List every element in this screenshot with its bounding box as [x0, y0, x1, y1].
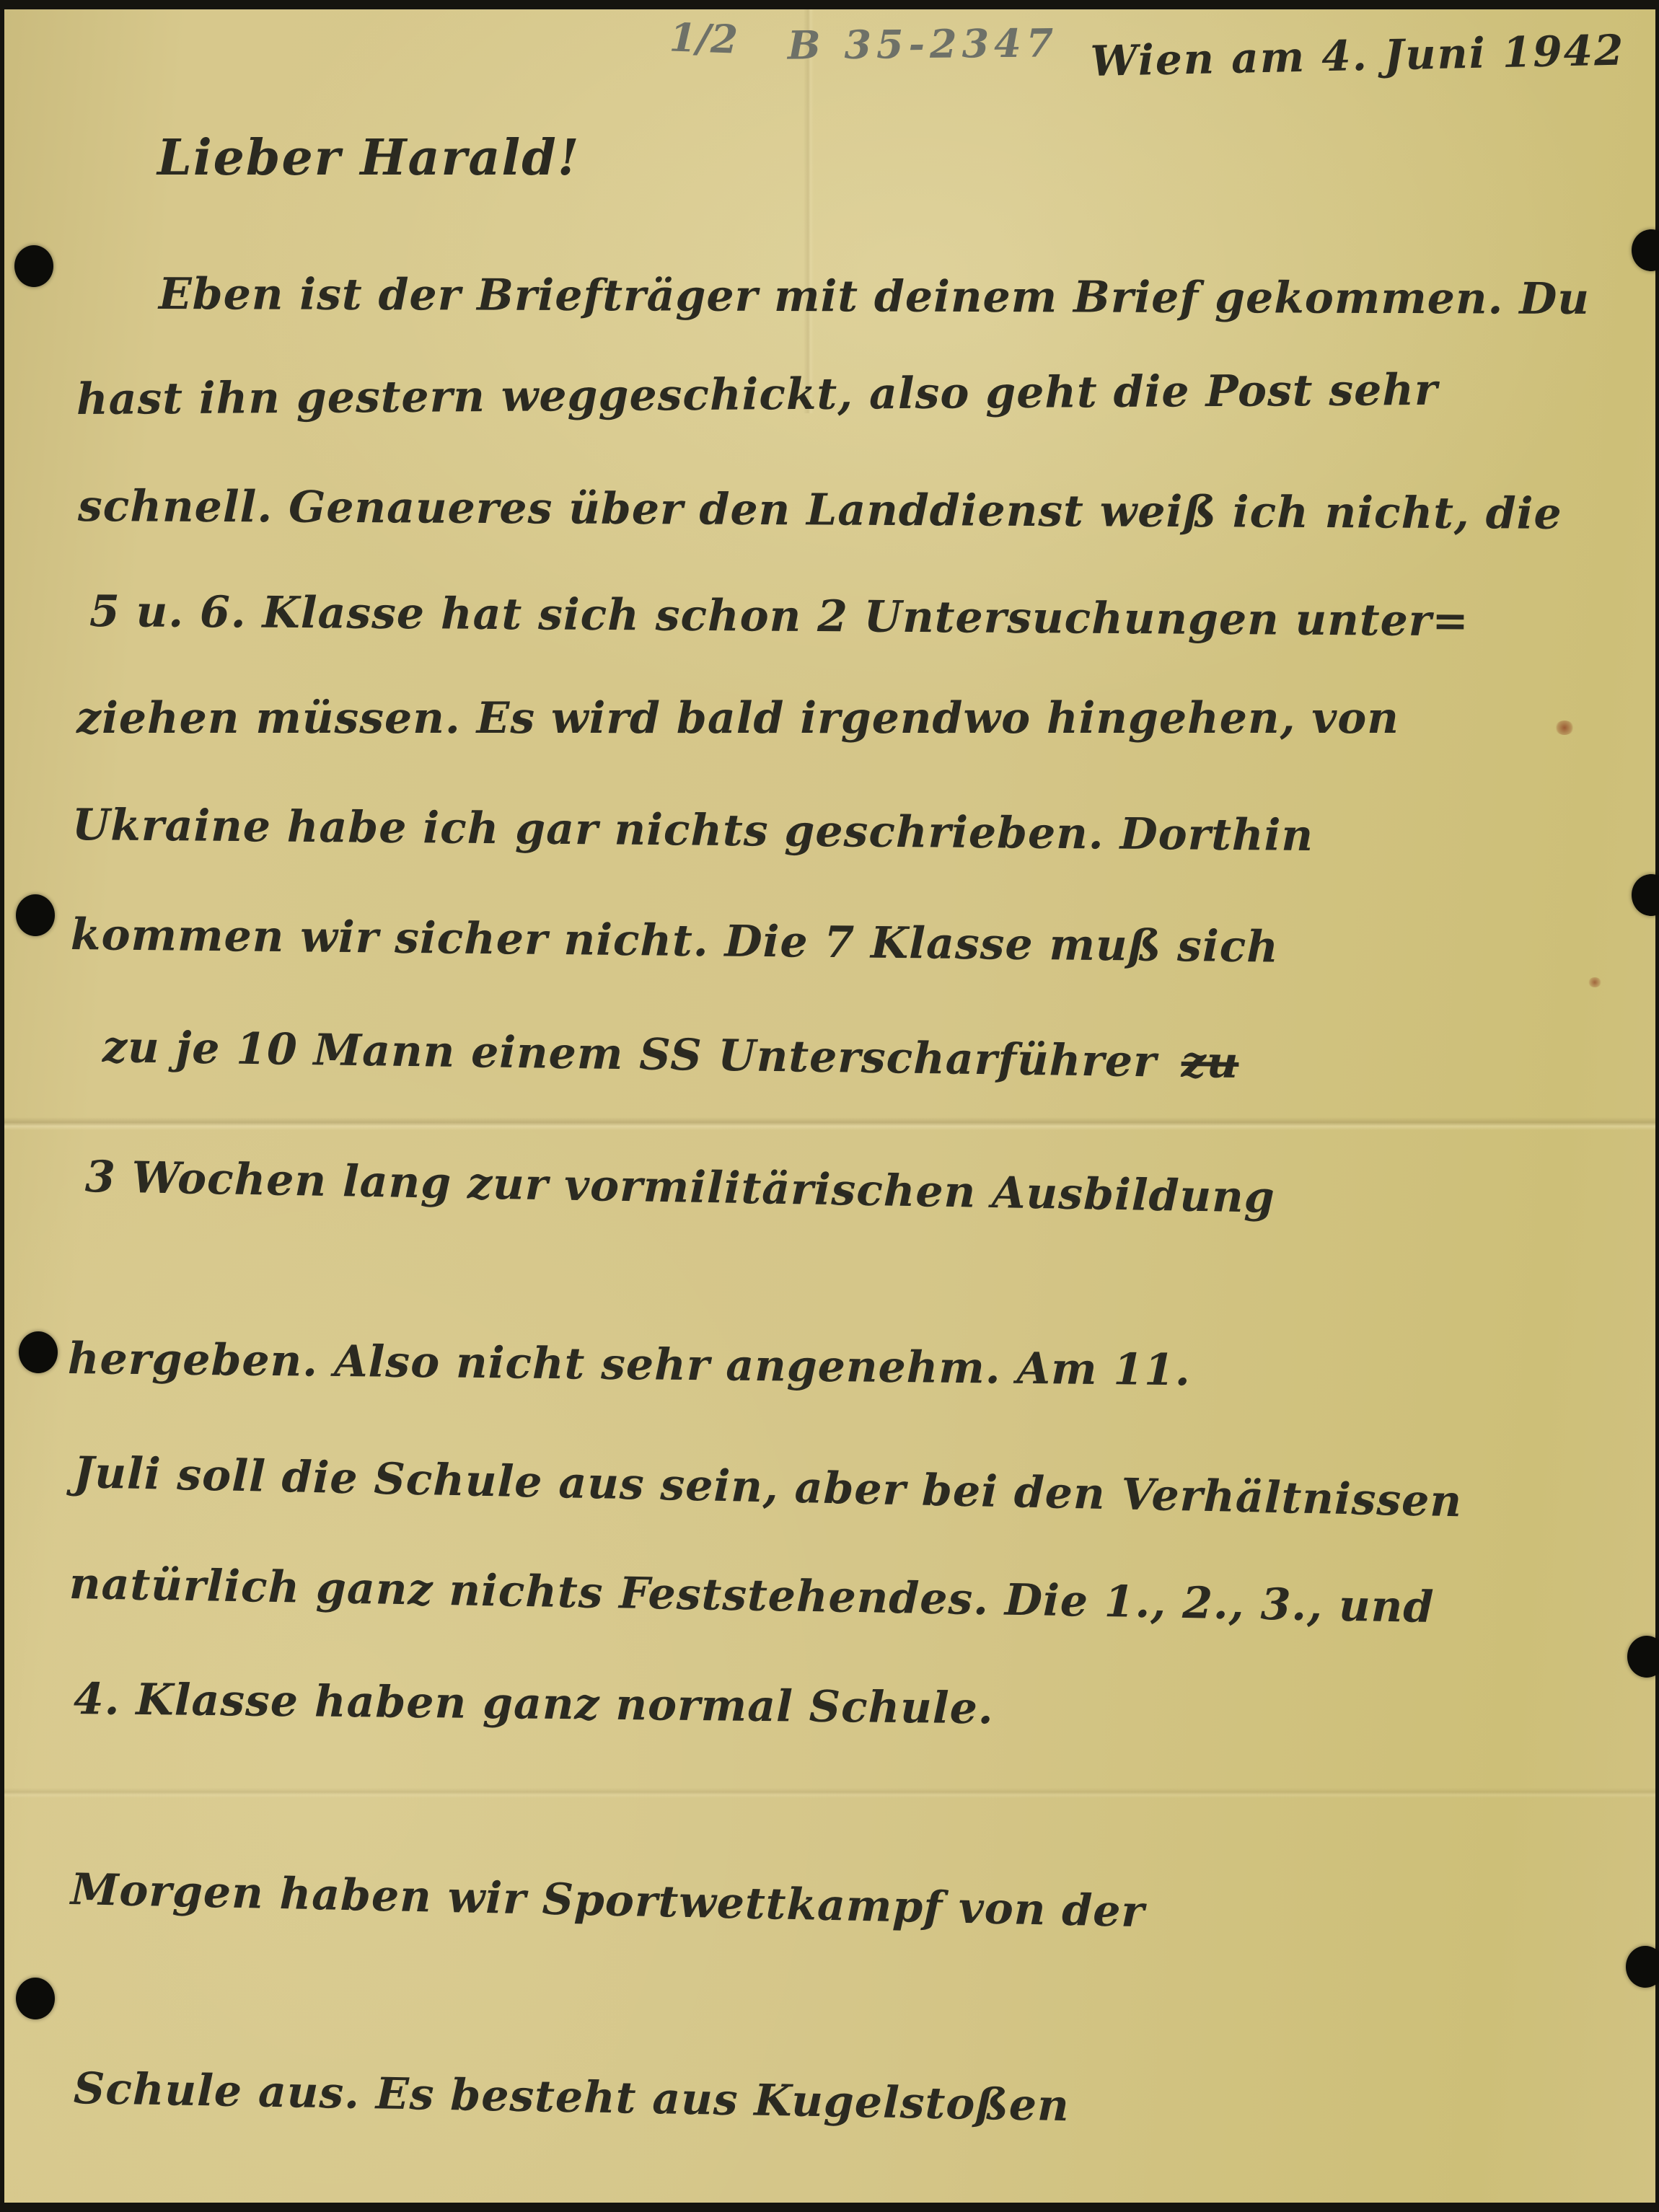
archive-reference-annotation: B 35-2347: [788, 19, 1059, 68]
struck-out-word: zu: [1181, 1037, 1239, 1088]
dateline: Wien am 4. Juni 1942: [1090, 25, 1625, 85]
punch-hole: [14, 245, 53, 287]
punch-hole: [19, 1331, 58, 1373]
handwritten-line: Eben ist der Briefträger mit deinem Brie…: [159, 269, 1590, 325]
horizontal-fold-crease: [4, 1788, 1655, 1798]
handwritten-line: Schule aus. Es besteht aus Kugelstoßen: [73, 2063, 1070, 2131]
letter-paper: 1/2 B 35-2347 Wien am 4. Juni 1942 Liebe…: [4, 9, 1655, 2203]
handwritten-line: ziehen müssen. Es wird bald irgendwo hin…: [76, 693, 1399, 744]
paper-stain: [1555, 721, 1574, 735]
handwritten-line: 3 Wochen lang zur vormilitärischen Ausbi…: [84, 1152, 1275, 1223]
letter-scan: { "letter": { "archive_marks": { "page_l…: [0, 0, 1659, 2212]
handwritten-line: kommen wir sicher nicht. Die 7 Klasse mu…: [71, 909, 1280, 973]
punch-hole: [16, 1978, 55, 2019]
handwritten-line: schnell. Genaueres über den Landdienst w…: [78, 481, 1562, 539]
punch-hole: [1626, 1946, 1659, 1988]
paper-stain: [1588, 977, 1601, 987]
handwritten-line: natürlich ganz nichts Feststehendes. Die…: [69, 1559, 1434, 1633]
handwritten-line: Morgen haben wir Sportwettkampf von der: [70, 1864, 1145, 1937]
handwritten-line: 4. Klasse haben ganz normal Schule.: [74, 1674, 994, 1734]
handwritten-line: zu je 10 Mann einem SS Unterscharführerz…: [102, 1022, 1239, 1088]
page-number-annotation: 1/2: [669, 14, 739, 62]
horizontal-fold-crease: [4, 1117, 1655, 1130]
punch-hole: [16, 894, 55, 936]
handwritten-line: hergeben. Also nicht sehr angenehm. Am 1…: [68, 1334, 1192, 1396]
salutation: Lieber Harald!: [157, 129, 581, 187]
handwritten-line: 5 u. 6. Klasse hat sich schon 2 Untersuc…: [89, 586, 1469, 646]
vertical-fold-crease: [804, 9, 814, 413]
handwritten-line: Ukraine habe ich gar nichts geschrieben.…: [72, 800, 1314, 861]
handwritten-line: Juli soll die Schule aus sein, aber bei …: [73, 1448, 1462, 1527]
handwritten-line: hast ihn gestern weggeschickt, also geht…: [76, 365, 1438, 425]
